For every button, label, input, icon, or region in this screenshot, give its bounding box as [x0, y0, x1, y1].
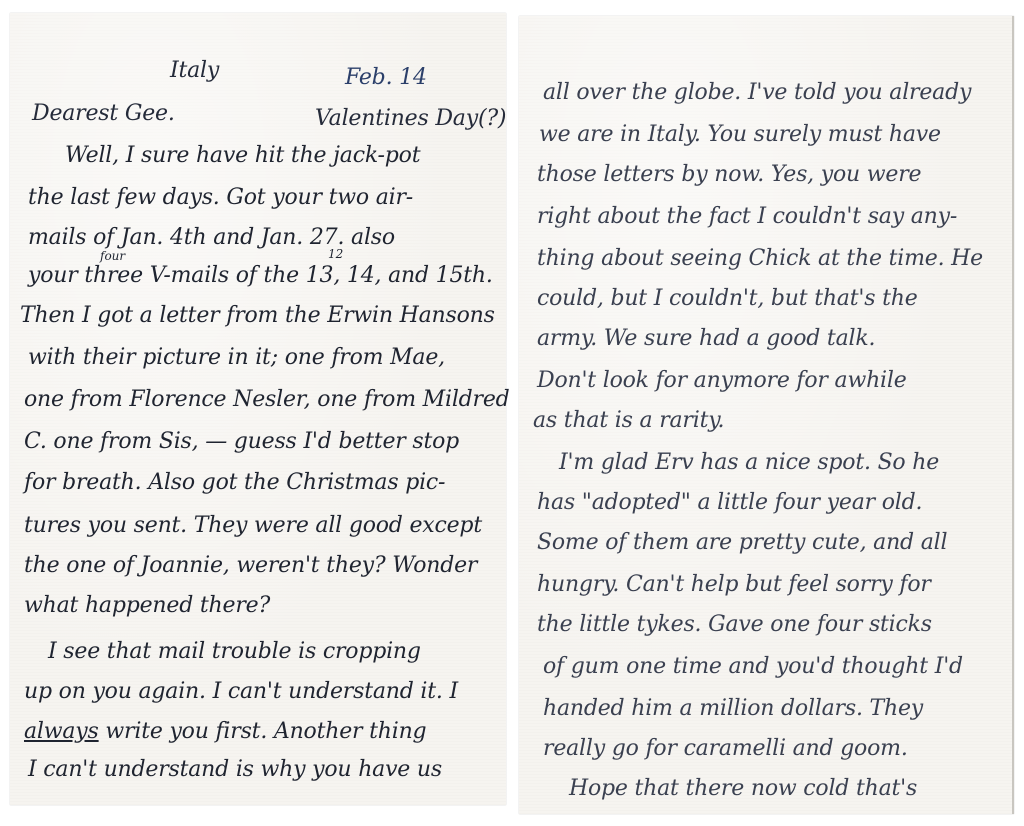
letter-line: what happened there? — [24, 593, 270, 618]
letter-line: could, but I couldn't, but that's the — [537, 286, 918, 311]
letter-line: really go for caramelli and goom. — [543, 736, 908, 761]
place-heading: Italy — [170, 58, 219, 83]
letter-line: with their picture in it; one from Mae, — [28, 345, 445, 370]
letter-line: I'm glad Erv has a nice spot. So he — [559, 450, 939, 475]
letter-line: army. We sure had a good talk. — [537, 326, 875, 351]
letter-line: right about the fact I couldn't say any- — [537, 204, 957, 229]
date-heading: Feb. 14 — [345, 65, 427, 90]
letter-line: all over the globe. I've told you alread… — [543, 80, 971, 105]
salutation: Dearest Gee. — [32, 101, 175, 126]
letter-line: we are in Italy. You surely must have — [539, 122, 941, 147]
letter-line: I see that mail trouble is cropping — [48, 639, 421, 664]
letter-line: C. one from Sis, — guess I'd better stop — [24, 429, 459, 454]
letter-line: hungry. Can't help but feel sorry for — [537, 572, 931, 597]
letter-line: the little tykes. Gave one four sticks — [537, 612, 932, 637]
letter-line: Don't look for anymore for awhile — [537, 368, 907, 393]
letter-line: as that is a rarity. — [533, 408, 724, 433]
letter-line: Then I got a letter from the Erwin Hanso… — [20, 303, 495, 328]
letter-line: the one of Joannie, weren't they? Wonder — [24, 553, 477, 578]
letter-line: has "adopted" a little four year old. — [537, 490, 922, 515]
letter-page-right: all over the globe. I've told you alread… — [519, 16, 1014, 814]
insertion-four: four — [100, 249, 125, 263]
letter-line: your three V-mails of the 13, 14, and 15… — [28, 263, 493, 288]
underlined-word: always — [24, 719, 99, 744]
letter-line: those letters by now. Yes, you were — [537, 162, 921, 187]
letter-line: up on you again. I can't understand it. … — [24, 679, 458, 704]
insertion-12: 12 — [328, 247, 343, 261]
occasion-note: Valentines Day(?) — [315, 106, 506, 131]
letter-line: one from Florence Nesler, one from Mildr… — [24, 387, 510, 412]
letter-line: the last few days. Got your two air- — [28, 185, 413, 210]
letter-line: Well, I sure have hit the jack-pot — [65, 143, 420, 168]
letter-line: handed him a million dollars. They — [543, 696, 923, 721]
letter-line: Hope that there now cold that's — [569, 776, 917, 801]
letter-line: tures you sent. They were all good excep… — [24, 513, 482, 538]
letter-line-underlined: always write you first. Another thing — [24, 719, 426, 744]
letter-line: I can't understand is why you have us — [28, 757, 442, 782]
letter-line: for breath. Also got the Christmas pic- — [24, 470, 445, 495]
letter-line: thing about seeing Chick at the time. He — [537, 246, 983, 271]
letter-line: of gum one time and you'd thought I'd — [543, 654, 963, 679]
letter-page-left: Italy Feb. 14 Dearest Gee. Valentines Da… — [10, 13, 506, 805]
letter-line: Some of them are pretty cute, and all — [537, 530, 947, 555]
